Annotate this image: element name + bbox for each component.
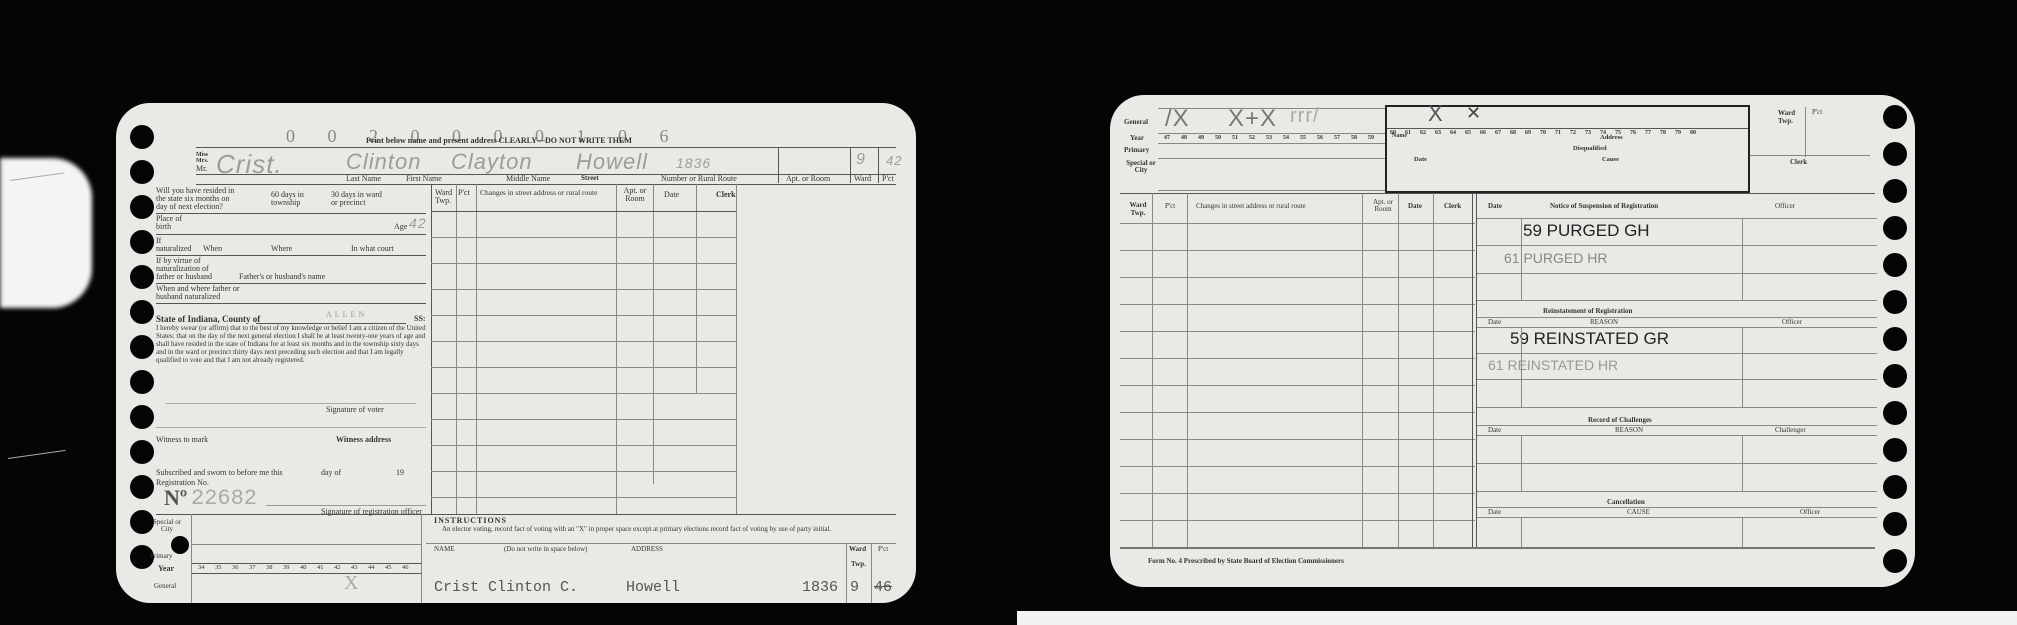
vote-row-special: Special or City <box>1126 160 1156 174</box>
handwritten-middle-name: Clayton <box>451 149 533 175</box>
label-first-name: First Name <box>406 175 442 183</box>
punch-hole <box>1883 438 1907 462</box>
year-cell: 45 <box>385 565 392 572</box>
cancellation-title: Cancellation <box>1607 499 1645 506</box>
punch-hole <box>130 160 154 184</box>
typed-number: 1836 <box>802 579 838 596</box>
disq-mark-x: X <box>1428 101 1444 127</box>
change-header-ward: Ward Twp. <box>435 189 455 205</box>
label-last-name: Last Name <box>346 175 381 183</box>
year-cell: 51 <box>1232 135 1238 141</box>
residence-question: Will you have resided in the state six m… <box>156 187 236 211</box>
year-cell: 73 <box>1585 130 1591 136</box>
vote-row-year: Year <box>158 565 174 573</box>
punch-hole <box>1883 364 1907 388</box>
suspension-header-officer: Officer <box>1775 203 1795 210</box>
challenges-header-challenger: Challenger <box>1775 427 1806 434</box>
punch-hole <box>130 405 154 429</box>
year-cell: 65 <box>1465 130 1471 136</box>
right-year-row-b: 60 61 62 63 64 65 66 67 68 69 70 71 72 7… <box>1390 130 1696 136</box>
year-cell: 71 <box>1555 130 1561 136</box>
year-cell: 36 <box>232 565 239 572</box>
challenges-header-date: Date <box>1488 427 1501 434</box>
top-clerk-label: Clerk <box>1790 159 1807 166</box>
vote-mark-x: X <box>344 573 358 593</box>
year-cell: 68 <box>1510 130 1516 136</box>
header-instruction: Print below name and present address CLE… <box>366 137 632 145</box>
instructions-text: An elector voting, record fact of voting… <box>442 525 872 533</box>
year-cell: 76 <box>1630 130 1636 136</box>
label-street: Street <box>581 175 599 182</box>
year-cell: 62 <box>1420 130 1426 136</box>
subscribed-label: Subscribed and sworn to before me this <box>156 469 283 477</box>
reinstatement-header-date: Date <box>1488 319 1501 326</box>
year-cell: 72 <box>1570 130 1576 136</box>
year-cell: 58 <box>1351 135 1357 141</box>
year-cell: 69 <box>1525 130 1531 136</box>
typed-street: Howell <box>626 579 680 596</box>
handwritten-ward: 9 <box>856 151 866 169</box>
year-cell: 59 <box>1368 135 1374 141</box>
typed-ward: 9 <box>850 579 859 596</box>
year-cell: 35 <box>215 565 222 572</box>
reinstatement-entry-61: 61 REINSTATED HR <box>1488 357 1618 373</box>
year-cell: 52 <box>1249 135 1255 141</box>
punch-hole <box>130 300 154 324</box>
township-label: 60 days in township <box>271 191 316 207</box>
cancellation-header-date: Date <box>1488 509 1501 516</box>
year-cell: 49 <box>1198 135 1204 141</box>
change-header-address: Changes in street address or rural route <box>1196 203 1306 210</box>
year-cell: 61 <box>1405 130 1411 136</box>
footer-address-label: ADDRESS <box>631 546 663 553</box>
year-cell: 55 <box>1300 135 1306 141</box>
witness-address-label: Witness address <box>336 436 391 444</box>
suspension-entry-61: 61 PURGED HR <box>1504 250 1607 266</box>
registration-card-front: 0 0 2 0 0 0 0 1 0 6 Print below name and… <box>116 103 916 603</box>
year-cell: 70 <box>1540 130 1546 136</box>
disq-date-label: Date <box>1414 157 1427 164</box>
cancellation-header-cause: CAUSE <box>1627 509 1650 516</box>
vote-marks-c: rrr/ <box>1290 105 1320 128</box>
registration-card-back: General Year Primary Special or City 47 … <box>1110 95 1915 587</box>
witness-mark-label: Witness to mark <box>156 436 208 444</box>
punch-hole <box>1883 253 1907 277</box>
punch-hole <box>130 475 154 499</box>
label-ward: Ward <box>854 175 871 183</box>
vote-marks-a: /X <box>1165 105 1190 133</box>
registration-number: 22682 <box>191 486 257 511</box>
reinstatement-entry-59: 59 REINSTATED GR <box>1510 329 1669 349</box>
punch-hole-small <box>171 536 189 554</box>
change-header-ward: Ward Twp. <box>1126 201 1150 217</box>
day-of-label: day of <box>321 469 341 477</box>
year-cell: 37 <box>249 565 256 572</box>
change-header-pct: P'ct <box>1165 203 1175 210</box>
handwritten-number: 1836 <box>676 155 711 171</box>
age-label: Age <box>394 223 407 231</box>
punch-hole <box>1883 105 1907 129</box>
punch-hole <box>130 125 154 149</box>
change-header-address: Changes in street address or rural route <box>480 189 597 197</box>
father-label: Father's or husband's name <box>239 273 325 281</box>
label-middle-name: Middle Name <box>506 175 550 183</box>
footer-twp-label: Twp. <box>851 561 866 568</box>
punch-hole <box>1883 216 1907 240</box>
suspension-header-notice: Notice of Suspension of Registration <box>1550 203 1658 210</box>
reinstatement-header-reason: REASON <box>1590 319 1618 326</box>
father-when-label: When and where father or husband natural… <box>156 285 256 301</box>
title-prefix-mr: Mr. <box>196 165 207 173</box>
year-cell: 78 <box>1660 130 1666 136</box>
disq-mark-check: ✕ <box>1466 103 1482 124</box>
change-header-pct: P'ct <box>458 189 470 197</box>
label-number: Number or Rural Route <box>661 175 737 183</box>
footer-do-not-write: (Do not write in space below) <box>504 546 587 553</box>
ward-days-label: 30 days in ward or precinct <box>331 191 386 207</box>
punch-hole <box>130 230 154 254</box>
light-glare <box>0 158 92 308</box>
vote-marks-b: X+X <box>1228 105 1277 133</box>
year-cell: 75 <box>1615 130 1621 136</box>
change-header-clerk: Clerk <box>1444 203 1461 210</box>
punch-hole <box>130 370 154 394</box>
vote-row-general: General <box>1124 119 1148 126</box>
punch-hole <box>1883 327 1907 351</box>
punch-hole <box>130 510 154 534</box>
when-label: When <box>203 245 222 253</box>
label-apt: Apt. or Room <box>786 175 830 183</box>
reinstatement-title: Reinstatement of Registration <box>1543 308 1632 315</box>
change-header-apt: Apt. or Room <box>621 187 649 203</box>
typed-pct: 46 <box>874 579 892 596</box>
punch-hole <box>130 265 154 289</box>
top-pct-label: P'ct <box>1812 109 1822 116</box>
vote-row-year: Year <box>1130 135 1144 142</box>
instructions-title: INSTRUCTIONS <box>434 517 507 525</box>
virtue-label: If by virtue of naturalization of father… <box>156 257 216 281</box>
punch-hole <box>1883 475 1907 499</box>
suspension-header-date: Date <box>1488 203 1502 210</box>
punch-hole <box>130 440 154 464</box>
year-cell: 56 <box>1317 135 1323 141</box>
vote-row-general: General <box>154 583 176 590</box>
punch-hole <box>130 335 154 359</box>
footer-pct-label: P'ct <box>878 546 888 553</box>
film-scratch <box>8 450 66 459</box>
oath-heading: State of Indiana, County of <box>156 315 260 324</box>
year-suffix: 19 <box>396 469 404 477</box>
year-cell: 47 <box>1164 135 1170 141</box>
where-label: Where <box>271 245 292 253</box>
challenges-header-reason: REASON <box>1615 427 1643 434</box>
disq-disqualified-label: Disqualified <box>1573 146 1607 153</box>
challenges-title: Record of Challenges <box>1588 417 1652 424</box>
punch-hole <box>1883 401 1907 425</box>
reinstatement-header-officer: Officer <box>1782 319 1802 326</box>
punch-hole <box>130 195 154 219</box>
birth-label: Place of birth <box>156 215 196 231</box>
year-cell: 80 <box>1690 130 1696 136</box>
court-label: In what court <box>351 245 394 253</box>
year-cell: 74 <box>1600 130 1606 136</box>
cancellation-header-officer: Officer <box>1800 509 1820 516</box>
top-ward-label: Ward Twp. <box>1778 109 1804 125</box>
handwritten-street: Howell <box>576 149 648 175</box>
page-edge <box>1017 611 2017 625</box>
punch-hole <box>1883 142 1907 166</box>
age-value: 42 <box>409 215 427 231</box>
year-cell: 41 <box>317 565 324 572</box>
suspension-entry-59: 59 PURGED GH <box>1523 221 1650 241</box>
typed-name: Crist Clinton C. <box>434 579 578 596</box>
naturalized-label: If naturalized <box>156 237 196 253</box>
year-cell: 54 <box>1283 135 1289 141</box>
punch-hole <box>1883 549 1907 573</box>
year-cell: 79 <box>1675 130 1681 136</box>
change-header-apt: Apt. or Room <box>1368 199 1398 213</box>
change-header-clerk: Clerk <box>716 191 736 199</box>
label-pct: P'ct <box>882 175 894 183</box>
year-cell: 67 <box>1495 130 1501 136</box>
year-cell: 77 <box>1645 130 1651 136</box>
footer-name-label: NAME <box>434 546 455 553</box>
oath-text: I hereby swear (or affirm) that to the b… <box>156 324 426 364</box>
year-cell: 50 <box>1215 135 1221 141</box>
handwritten-pct: 42 <box>886 153 902 168</box>
punch-hole <box>1883 512 1907 536</box>
year-cell: 57 <box>1334 135 1340 141</box>
year-cell: 34 <box>198 565 205 572</box>
number-symbol: Nº <box>164 487 187 509</box>
year-cell: 66 <box>1480 130 1486 136</box>
change-header-date: Date <box>1408 203 1422 210</box>
year-cell: 39 <box>283 565 290 572</box>
vote-row-primary: Primary <box>150 553 173 560</box>
handwritten-first-name: Clinton <box>346 149 421 175</box>
year-cell: 48 <box>1181 135 1187 141</box>
disq-cause-label: Cause <box>1602 157 1619 164</box>
year-cell: 46 <box>402 565 409 572</box>
form-footer: Form No. 4 Prescribed by State Board of … <box>1148 558 1344 565</box>
year-cell: 38 <box>266 565 273 572</box>
punch-hole <box>1883 290 1907 314</box>
oath-ss: SS: <box>414 315 426 323</box>
signature-voter-label: Signature of voter <box>326 406 384 414</box>
footer-ward-label: Ward <box>849 546 866 553</box>
year-cell: 63 <box>1435 130 1441 136</box>
year-cell: 40 <box>300 565 307 572</box>
vote-row-special: Special or City <box>152 519 182 533</box>
year-cell: 64 <box>1450 130 1456 136</box>
year-cell: 43 <box>351 565 358 572</box>
vote-row-primary: Primary <box>1124 147 1149 154</box>
year-cell: 44 <box>368 565 375 572</box>
year-cell: 60 <box>1390 130 1396 136</box>
year-cell: 42 <box>334 565 341 572</box>
handwritten-last-name: Crist. <box>216 149 283 180</box>
county-value: ALLEN <box>326 311 367 319</box>
punch-hole <box>1883 179 1907 203</box>
change-header-date: Date <box>664 191 679 199</box>
year-cell: 53 <box>1266 135 1272 141</box>
